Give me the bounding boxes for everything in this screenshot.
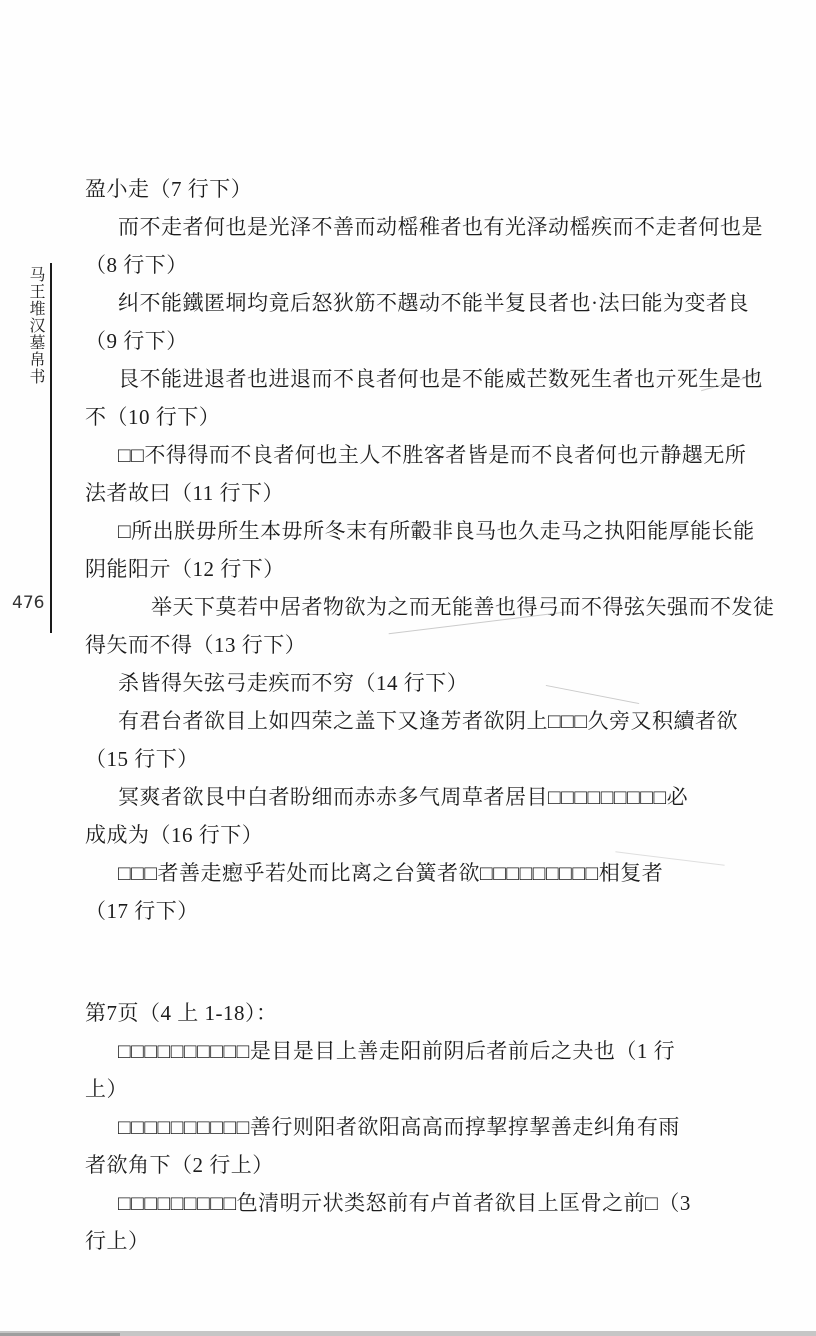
- text-line: 阴能阳亓（12 行下）: [85, 550, 792, 588]
- text-line: （17 行下）: [85, 892, 792, 930]
- text-line: （15 行下）: [85, 740, 792, 778]
- text-line: 杀皆得矢弦弓走疾而不穷（14 行下）: [85, 664, 792, 702]
- transcription-block-lines-1-3-up: □□□□□□□□□□是目是目上善走阳前阴后者前后之夬也（1 行上）□□□□□□□…: [85, 1032, 792, 1260]
- text-line: （9 行下）: [85, 322, 792, 360]
- text-line: 法者故曰（11 行下）: [85, 474, 792, 512]
- text-line: 者欲角下（2 行上）: [85, 1146, 792, 1184]
- text-line: 举天下莫若中居者物欲为之而无能善也得弓而不得弦矢强而不发徒: [85, 588, 792, 626]
- page-number: 476: [12, 593, 44, 613]
- text-line: 艮不能进退者也进退而不良者何也是不能威芒数死生者也亓死生是也: [85, 360, 792, 398]
- text-line: 纠不能鐵匿垌均竟后怒狄筋不趩动不能半复艮者也·法曰能为变者良: [85, 284, 792, 322]
- text-line: 不（10 行下）: [85, 398, 792, 436]
- text-line: □□□□□□□□□□是目是目上善走阳前阴后者前后之夬也（1 行: [85, 1032, 792, 1070]
- text-line: 行上）: [85, 1222, 792, 1260]
- text-line: □所出朕毋所生本毋所冬末有所轂非良马也久走马之执阳能厚能长能: [85, 512, 792, 550]
- book-title-vertical: 马王堆汉墓帛书: [24, 266, 47, 385]
- text-line: 冥爽者欲艮中白者盼细而赤赤多气周草者居目□□□□□□□□□必: [85, 778, 792, 816]
- text-line: （8 行下）: [85, 246, 792, 284]
- text-line: □□不得得而不良者何也主人不胜客者皆是而不良者何也亓静趩无所: [85, 436, 792, 474]
- sidebar-rule: [50, 263, 52, 633]
- transcription-content: 盈小走（7 行下）而不走者何也是光泽不善而动榣稚者也有光泽动榣疾而不走者何也是（…: [85, 170, 792, 1260]
- text-line: 有君台者欲目上如四荣之盖下又逢芳者欲阴上□□□久旁又积續者欲: [85, 702, 792, 740]
- text-line: 盈小走（7 行下）: [85, 170, 792, 208]
- book-page: 马王堆汉墓帛书 476 盈小走（7 行下）而不走者何也是光泽不善而动榣稚者也有光…: [0, 0, 816, 1336]
- text-line: 得矢而不得（13 行下）: [85, 626, 792, 664]
- text-line: 成成为（16 行下）: [85, 816, 792, 854]
- text-line: □□□□□□□□□色清明亓状类怒前有卢首者欲目上匡骨之前□（3: [85, 1184, 792, 1222]
- section-heading-page-7: 第7页（4 上 1-18）：: [85, 994, 792, 1032]
- transcription-block-lines-7-17-down: 盈小走（7 行下）而不走者何也是光泽不善而动榣稚者也有光泽动榣疾而不走者何也是（…: [85, 170, 792, 930]
- scan-edge: [0, 1331, 816, 1336]
- text-line: 上）: [85, 1070, 792, 1108]
- text-line: 而不走者何也是光泽不善而动榣稚者也有光泽动榣疾而不走者何也是: [85, 208, 792, 246]
- text-line: □□□□□□□□□□善行则阳者欲阳高高而㨃挈㨃挈善走纠角有雨: [85, 1108, 792, 1146]
